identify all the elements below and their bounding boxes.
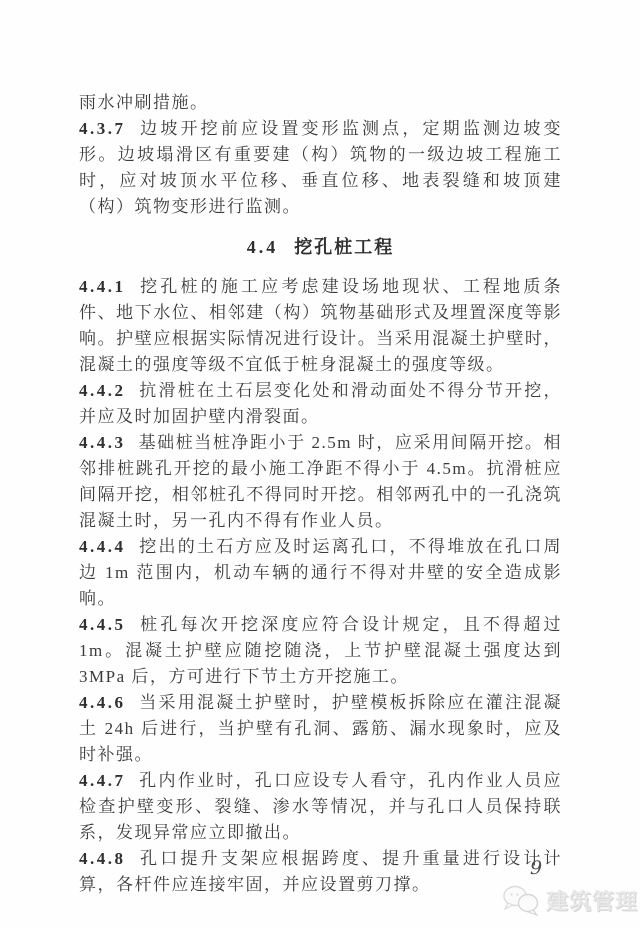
clause-text: 桩孔每次开挖深度应符合设计规定，且不得超过 1m。混凝土护壁应随挖随浇，上节护壁… <box>79 615 562 686</box>
clause-number: 4.4.8 <box>79 849 126 868</box>
document-content: 雨水冲刷措施。 4.3.7边坡开挖前应设置变形监测点，定期监测边坡变形。边坡塌滑… <box>79 90 562 898</box>
clause-4-4-3: 4.4.3基础桩当桩净距小于 2.5m 时，应采用间隔开挖。相邻排桩跳孔开挖的最… <box>79 430 562 534</box>
clause-number: 4.3.7 <box>79 119 126 138</box>
document-page: 雨水冲刷措施。 4.3.7边坡开挖前应设置变形监测点，定期监测边坡变形。边坡塌滑… <box>0 0 640 927</box>
chat-bubbles-icon <box>501 884 541 917</box>
clause-number: 4.4.5 <box>79 615 126 634</box>
clause-number: 4.4.7 <box>79 771 126 790</box>
clause-4-4-8: 4.4.8孔口提升支架应根据跨度、提升重量进行设计计算，各杆件应连接牢固，并应设… <box>79 846 562 898</box>
clause-4-4-6: 4.4.6当采用混凝土护壁时，护壁模板拆除应在灌注混凝土 24h 后进行，当护壁… <box>79 690 562 768</box>
clause-4-4-7: 4.4.7孔内作业时，孔口应设专人看守，孔内作业人员应检查护壁变形、裂缝、渗水等… <box>79 768 562 846</box>
clause-4-4-5: 4.4.5桩孔每次开挖深度应符合设计规定，且不得超过 1m。混凝土护壁应随挖随浇… <box>79 612 562 690</box>
clause-text: 抗滑桩在土石层变化处和滑动面处不得分节开挖，并应及时加固护壁内滑裂面。 <box>79 381 562 426</box>
clause-4-4-2: 4.4.2抗滑桩在土石层变化处和滑动面处不得分节开挖，并应及时加固护壁内滑裂面。 <box>79 378 562 430</box>
watermark: 建筑管理 <box>501 884 638 917</box>
clause-number: 4.4.1 <box>79 277 126 296</box>
clause-text: 基础桩当桩净距小于 2.5m 时，应采用间隔开挖。相邻排桩跳孔开挖的最小施工净距… <box>79 433 562 530</box>
page-number: 9 <box>524 857 548 879</box>
section-heading-number: 4.4 <box>247 237 279 257</box>
clause-number: 4.4.4 <box>79 537 126 556</box>
section-heading: 4.4挖孔桩工程 <box>79 235 562 259</box>
paragraph-continuation: 雨水冲刷措施。 <box>79 90 562 116</box>
clause-number: 4.4.2 <box>79 381 126 400</box>
clause-text: 孔内作业时，孔口应设专人看守，孔内作业人员应检查护壁变形、裂缝、渗水等情况，并与… <box>79 771 562 842</box>
clause-text: 挖出的土石方应及时运离孔口，不得堆放在孔口周边 1m 范围内，机动车辆的通行不得… <box>79 537 562 608</box>
clause-4-4-4: 4.4.4挖出的土石方应及时运离孔口，不得堆放在孔口周边 1m 范围内，机动车辆… <box>79 534 562 612</box>
clause-text: 孔口提升支架应根据跨度、提升重量进行设计计算，各杆件应连接牢固，并应设置剪刀撑。 <box>79 849 562 894</box>
watermark-label: 建筑管理 <box>546 885 638 916</box>
clause-text: 挖孔桩的施工应考虑建设场地现状、工程地质条件、地下水位、相邻建（构）筑物基础形式… <box>79 277 562 374</box>
clause-4-4-1: 4.4.1挖孔桩的施工应考虑建设场地现状、工程地质条件、地下水位、相邻建（构）筑… <box>79 274 562 378</box>
clause-4-3-7: 4.3.7边坡开挖前应设置变形监测点，定期监测边坡变形。边坡塌滑区有重要建（构）… <box>79 116 562 220</box>
clause-text: 当采用混凝土护壁时，护壁模板拆除应在灌注混凝土 24h 后进行，当护壁有孔洞、露… <box>79 693 562 764</box>
clause-number: 4.4.6 <box>79 693 126 712</box>
clause-number: 4.4.3 <box>79 433 126 452</box>
section-heading-title: 挖孔桩工程 <box>294 237 394 257</box>
clause-text: 边坡开挖前应设置变形监测点，定期监测边坡变形。边坡塌滑区有重要建（构）筑物的一级… <box>79 119 562 216</box>
